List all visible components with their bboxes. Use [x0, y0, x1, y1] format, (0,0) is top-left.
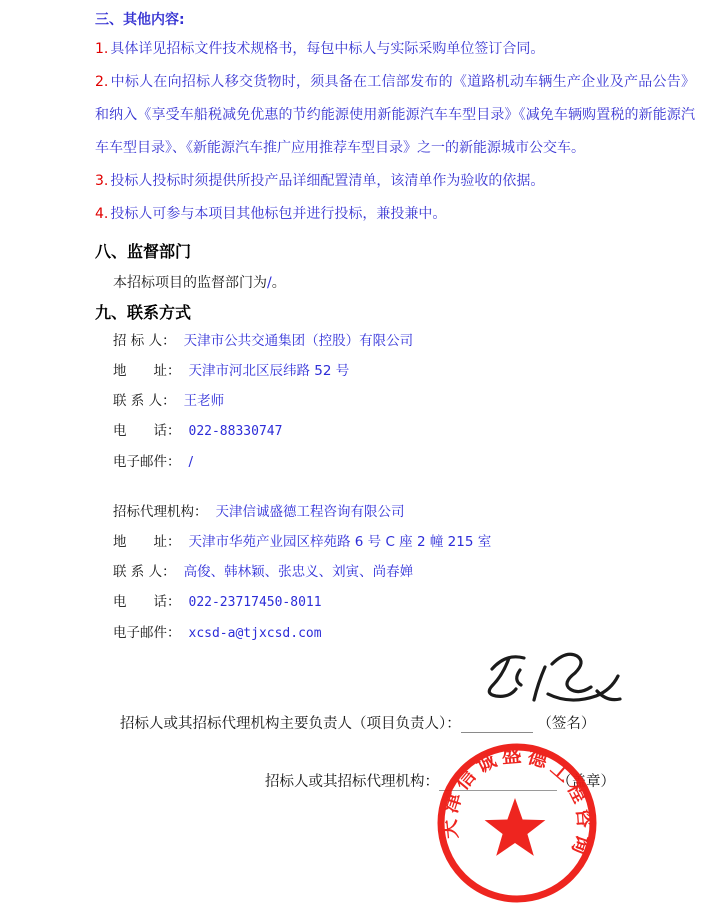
field-label: 地 址：	[113, 363, 181, 379]
field-value: 王老师	[184, 393, 225, 409]
field-value: 022-23717450-8011	[189, 595, 322, 610]
field-value: xcsd-a@tjxcsd.com	[189, 626, 322, 641]
field-label: 电 话：	[113, 594, 181, 610]
agency-address-row: 地 址：天津市华苑产业园区梓苑路 6 号 C 座 2 幢 215 室	[113, 534, 720, 550]
agency-email-row: 电子邮件：xcsd-a@tjxcsd.com	[113, 625, 720, 642]
other-item-3: 3.投标人投标时须提供所投产品详细配置清单，该清单作为验收的依据。	[95, 165, 695, 198]
field-value: 天津信诚盛德工程咨询有限公司	[216, 504, 405, 520]
field-label: 联 系 人：	[113, 564, 176, 580]
section-supervision-heading: 八、监督部门	[95, 239, 720, 262]
tenderer-address-row: 地 址：天津市河北区辰纬路 52 号	[113, 363, 720, 379]
item-number: 1.	[95, 41, 108, 57]
signature-line-label: 招标人或其招标代理机构主要负责人（项目负责人）：	[120, 716, 461, 732]
item-number: 4.	[95, 206, 108, 222]
section-contact-heading: 九、联系方式	[95, 300, 720, 323]
field-label: 地 址：	[113, 534, 181, 550]
field-value: 天津市公共交通集团（控股）有限公司	[184, 333, 414, 349]
field-label: 招标代理机构：	[113, 504, 208, 520]
star-icon	[485, 798, 546, 856]
supervision-period: 。	[272, 275, 286, 291]
supervision-body: 本招标项目的监督部门为/。	[113, 272, 720, 292]
agency-name-row: 招标代理机构：天津信诚盛德工程咨询有限公司	[113, 504, 720, 520]
field-label: 招 标 人：	[113, 333, 176, 349]
agency-contact-person-row: 联 系 人：高俊、韩林颖、张忠义、刘寅、尚春婵	[113, 564, 720, 580]
field-value: /	[189, 454, 194, 470]
field-value: 天津市华苑产业园区梓苑路 6 号 C 座 2 幢 215 室	[189, 534, 492, 550]
field-label: 电 话：	[113, 423, 181, 439]
item-text: 具体详见招标文件技术规格书，每包中标人与实际采购单位签订合同。	[110, 41, 544, 57]
field-value: 高俊、韩林颖、张忠义、刘寅、尚春婵	[184, 564, 414, 580]
item-text: 投标人投标时须提供所投产品详细配置清单，该清单作为验收的依据。	[110, 173, 544, 189]
supervision-text: 本招标项目的监督部门为	[113, 275, 267, 291]
tender-document-page: 三、其他内容: 1.具体详见招标文件技术规格书，每包中标人与实际采购单位签订合同…	[0, 0, 720, 905]
other-item-1: 1.具体详见招标文件技术规格书，每包中标人与实际采购单位签订合同。	[95, 33, 695, 66]
tenderer-name-row: 招 标 人：天津市公共交通集团（控股）有限公司	[113, 333, 720, 349]
agency-contact-block: 招标代理机构：天津信诚盛德工程咨询有限公司 地 址：天津市华苑产业园区梓苑路 6…	[113, 504, 720, 642]
agency-phone-row: 电 话：022-23717450-8011	[113, 594, 720, 611]
tenderer-contact-block: 招 标 人：天津市公共交通集团（控股）有限公司 地 址：天津市河北区辰纬路 52…	[113, 333, 720, 470]
field-value: 022-88330747	[189, 424, 283, 439]
other-item-4: 4.投标人可参与本项目其他标包并进行投标，兼投兼中。	[95, 198, 695, 231]
field-label: 电子邮件：	[113, 454, 181, 470]
responsible-person-signature-line: 招标人或其招标代理机构主要负责人（项目负责人）： （签名）	[120, 712, 595, 733]
item-number: 3.	[95, 173, 108, 189]
item-text: 中标人在向招标人移交货物时，须具备在工信部发布的《道路机动车辆生产企业及产品公告…	[95, 74, 695, 156]
section-other-heading: 三、其他内容:	[95, 9, 720, 29]
field-label: 电子邮件：	[113, 625, 181, 641]
signature-line-suffix: （签名）	[537, 716, 595, 732]
company-seal-stamp: 天津信诚盛德工程咨询有限公司	[427, 731, 607, 905]
handwritten-signature	[478, 645, 634, 717]
field-label: 联 系 人：	[113, 393, 176, 409]
tenderer-email-row: 电子邮件：/	[113, 454, 720, 470]
tenderer-phone-row: 电 话：022-88330747	[113, 423, 720, 440]
field-value: 天津市河北区辰纬路 52 号	[189, 363, 350, 379]
item-text: 投标人可参与本项目其他标包并进行投标，兼投兼中。	[110, 206, 446, 222]
seal-line-label: 招标人或其招标代理机构：	[265, 774, 439, 790]
item-number: 2.	[95, 74, 108, 90]
other-item-2: 2.中标人在向招标人移交货物时，须具备在工信部发布的《道路机动车辆生产企业及产品…	[95, 66, 695, 165]
tenderer-contact-person-row: 联 系 人：王老师	[113, 393, 720, 409]
